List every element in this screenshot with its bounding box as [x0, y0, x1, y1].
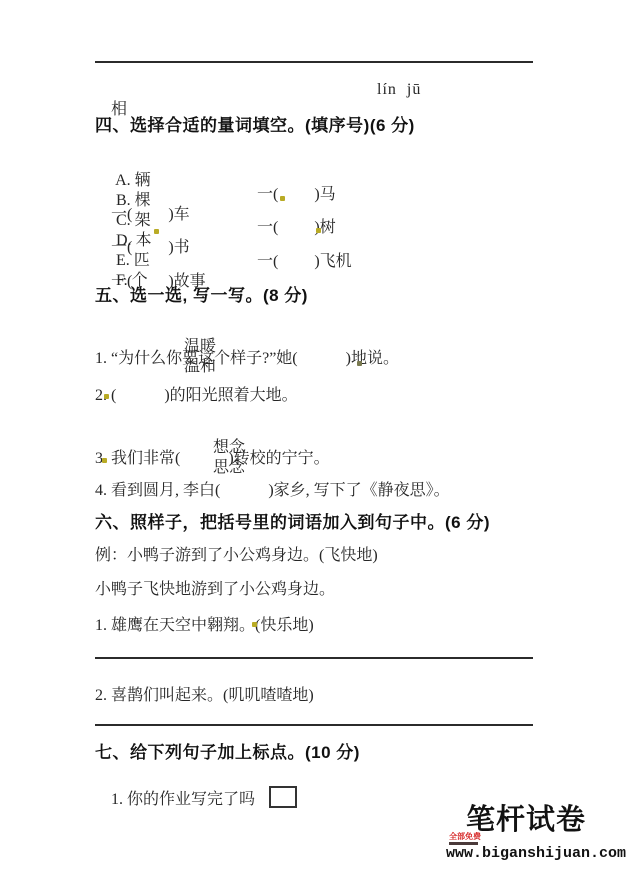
watermark-url: www.biganshijuan.com: [446, 845, 626, 862]
blank-plane: 一( )飞机: [257, 252, 352, 272]
fragment-pinyin: lín jū: [377, 80, 421, 100]
proofing-dot: [280, 196, 285, 201]
proofing-dot: [154, 229, 159, 234]
section7-heading: 七、给下列句子加上标点。(10 分): [95, 743, 360, 763]
blank-horse: 一( )马: [257, 185, 336, 205]
watermark-logo-text: 笔杆试卷: [466, 803, 586, 837]
proofing-dot: [102, 458, 107, 463]
section5-item-2: 2. ( )的阳光照着大地。: [95, 386, 298, 406]
section7-item-1-text: 1. 你的作业写完了吗: [111, 791, 255, 808]
proofing-dot: [104, 394, 109, 399]
section5-item-1: 1. “为什么你要这个样子?”她( )地说。: [95, 349, 399, 369]
section6-heading: 六、照样子，把括号里的词语加入到句子中。(6 分): [95, 513, 490, 533]
section6-example-answer: 小鸭子飞快地游到了小公鸡身边。: [95, 580, 335, 600]
section4-heading: 四、选择合适的量词填空。(填序号)(6 分): [95, 116, 415, 136]
blank-tree: 一( )树: [257, 218, 336, 238]
exam-page: 相 lín jū 四、选择合适的量词填空。(填序号)(6 分) A. 辆 B. …: [0, 0, 628, 891]
answer-line-2: [95, 724, 533, 726]
punctuation-box: [269, 786, 297, 808]
section5-item-3: 3. 我们非常( )转校的宁宁。: [95, 449, 330, 469]
proofing-dot: [357, 361, 362, 366]
section6-item-2: 2. 喜鹊们叫起来。(叽叽喳喳地): [95, 686, 314, 706]
answer-line-1: [95, 657, 533, 659]
proofing-dot: [316, 228, 321, 233]
section6-item-1: 1. 雄鹰在天空中翱翔。(快乐地): [95, 616, 314, 636]
section6-example: 例：小鸭子游到了小公鸡身边。(飞快地): [95, 546, 378, 566]
section5-item-4: 4. 看到圆月, 李白( )家乡, 写下了《静夜思》。: [95, 481, 450, 501]
section7-item-1: 1. 你的作业写完了吗: [95, 766, 297, 830]
watermark-badge: 全部免费: [449, 832, 481, 841]
section5-heading: 五、选一选, 写一写。(8 分): [95, 286, 308, 306]
top-divider: [95, 61, 533, 63]
proofing-dot: [252, 622, 257, 627]
